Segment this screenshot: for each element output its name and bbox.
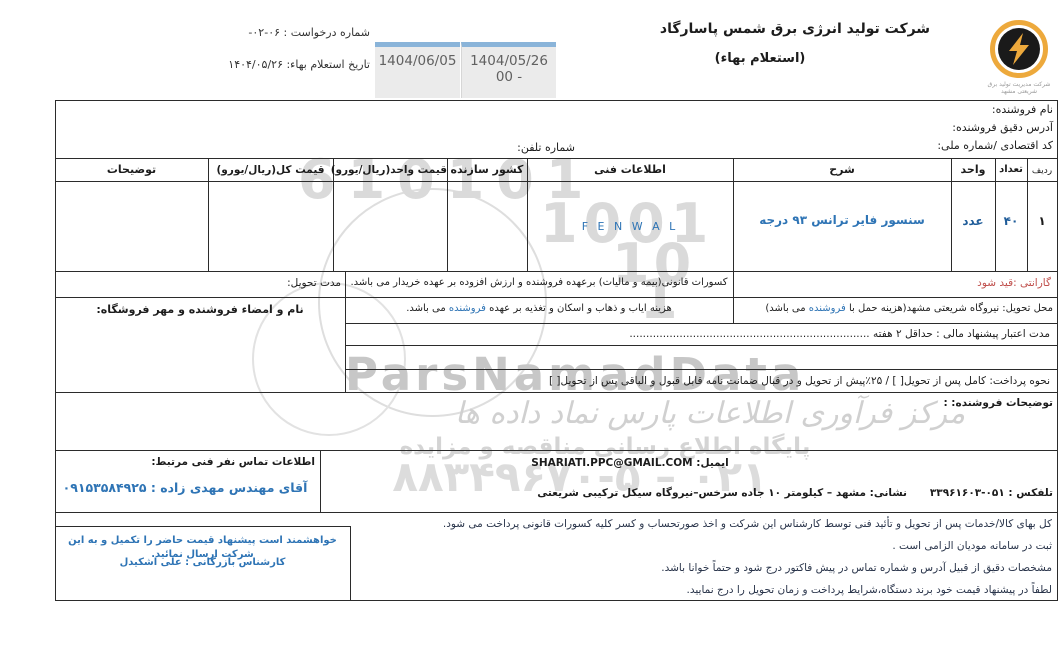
note-line-3: مشخصات دقیق از قبیل آدرس و شماره تماس در… bbox=[360, 561, 1052, 575]
col-header-keshvar: کشور سازنده bbox=[447, 163, 527, 178]
item-tedad: ۴۰ bbox=[995, 213, 1027, 229]
telefax-line: تلفکس : ۰۵۱-۳۳۹۶۱۶۰۳ bbox=[895, 486, 1053, 500]
delivery-place-text: محل تحویل: نیروگاه شریعتی مشهد(هزینه حمل… bbox=[846, 303, 1053, 314]
table-border bbox=[55, 512, 1058, 513]
item-radif: ۱ bbox=[1027, 213, 1057, 229]
guarantee-note: گارانتی :قید شود bbox=[733, 276, 1051, 290]
table-border bbox=[345, 369, 1058, 370]
delivery-place-highlight: فروشنده bbox=[809, 303, 846, 314]
table-border bbox=[55, 100, 1058, 101]
request-box-border bbox=[350, 526, 351, 600]
col-header-tedad: تعداد bbox=[995, 163, 1027, 177]
col-header-radif: ردیف bbox=[1027, 165, 1057, 177]
company-title: شرکت تولید انرژی برق شمس پاسارگاد bbox=[620, 20, 970, 39]
travel-expense-note: هزینه ایاب و ذهاب و اسکان و تغذیه بر عهد… bbox=[345, 302, 733, 316]
seller-signature-label: نام و امضاء فروشنده و مهر فروشگاه: bbox=[55, 303, 345, 318]
table-border bbox=[345, 323, 1058, 324]
note-line-4: لطفاً در پیشنهاد قیمت خود برند دستگاه،شر… bbox=[360, 583, 1052, 597]
item-technical-info: F E N W A L bbox=[527, 220, 733, 235]
table-border bbox=[320, 450, 321, 512]
date-chip-2-time: 00 - bbox=[462, 69, 556, 85]
inquiry-date: تاریخ استعلام بهاء: ۱۴۰۴/۰۵/۲۶ bbox=[100, 58, 370, 73]
logo-caption-line2: شریعتی مشهد bbox=[983, 88, 1055, 95]
lightning-bolt-icon bbox=[995, 25, 1043, 73]
logo-ring bbox=[990, 20, 1048, 78]
item-vahed: عدد bbox=[951, 213, 995, 229]
tech-contact-person: آقای مهندس مهدی زاده : ۰۹۱۵۳۵۸۴۹۲۵ bbox=[60, 480, 310, 497]
request-box-border bbox=[55, 526, 350, 527]
address-line: نشانی: مشهد – کیلومتر ۱۰ جاده سرخس–نیروگ… bbox=[545, 486, 907, 500]
table-border bbox=[55, 271, 1058, 272]
col-header-fanni: اطلاعات فنی bbox=[527, 163, 733, 178]
seller-economic-code-label: کد اقتصادی /شماره ملی: bbox=[753, 139, 1053, 154]
payment-terms-note: نحوه پرداخت: کامل پس از تحویل[ ] / ۲۵٪پی… bbox=[345, 374, 1050, 388]
logo-caption-line1: شرکت مدیریت تولید برق bbox=[983, 81, 1055, 88]
note-line-2: ثبت در سامانه مودیان الزامی است . bbox=[360, 539, 1052, 553]
col-header-gheymat-vahed: قیمت واحد(ریال/یورو) bbox=[333, 163, 447, 177]
travel-expense-highlight: فروشنده bbox=[449, 303, 486, 314]
col-header-tozihat: توضیحات bbox=[55, 163, 208, 178]
email-line: ایمیل: SHARIATI.PPC@GMAIL.COM bbox=[530, 456, 730, 470]
table-border bbox=[55, 392, 1058, 393]
seller-comments-label: توضیحات فروشنده: : bbox=[730, 396, 1053, 410]
table-border bbox=[55, 158, 1058, 159]
table-border bbox=[55, 181, 1058, 182]
request-number: شماره درخواست : ۰۶-۰۲- bbox=[100, 26, 370, 41]
table-border bbox=[345, 345, 1058, 346]
table-border bbox=[1057, 100, 1058, 600]
date-chip-2: 1404/05/26 00 - bbox=[461, 42, 556, 98]
form-title: (استعلام بهاء) bbox=[620, 50, 900, 68]
date-chip-1: 1404/06/05 bbox=[375, 42, 460, 98]
company-logo: شرکت مدیریت تولید برق شریعتی مشهد bbox=[983, 20, 1055, 95]
col-header-sharh: شرح bbox=[733, 163, 951, 178]
col-header-gheymat-kol: قیمت کل(ریال/یورو) bbox=[208, 163, 333, 177]
seller-name-label: نام فروشنده: bbox=[753, 103, 1053, 118]
seller-address-label: آدرس دقیق فروشنده: bbox=[753, 121, 1053, 136]
note-line-1: کل بهای کالا/خدمات پس از تحویل و تأئید ف… bbox=[360, 517, 1052, 531]
offer-validity-note: مدت اعتبار پیشنهاد مالی : حداقل ۲ هفته .… bbox=[345, 327, 1050, 341]
delivery-duration-label: مدت تحویل: bbox=[55, 276, 341, 290]
travel-expense-text: هزینه ایاب و ذهاب و اسکان و تغذیه بر عهد… bbox=[486, 303, 672, 314]
travel-expense-text: می باشد. bbox=[406, 303, 449, 314]
seller-phone-label: شماره تلفن: bbox=[495, 141, 575, 156]
legal-deductions-note: کسورات قانونی(بیمه و مالیات) برعهده فروش… bbox=[345, 276, 733, 290]
delivery-place-text: می باشد) bbox=[765, 303, 808, 314]
tech-contact-label: اطلاعات تماس نفر فنی مرتبط: bbox=[165, 455, 315, 469]
table-border bbox=[55, 297, 1058, 298]
table-border bbox=[55, 600, 1058, 601]
date-chip-1-value: 1404/06/05 bbox=[375, 47, 460, 69]
item-description: سنسور فایر ترانس ۹۳ درجه bbox=[733, 212, 951, 228]
inquiry-form-page: 610101 1001 10 1 ParsNamadData مرکز فرآو… bbox=[0, 0, 1062, 670]
table-border bbox=[55, 450, 1058, 451]
delivery-place-note: محل تحویل: نیروگاه شریعتی مشهد(هزینه حمل… bbox=[733, 302, 1053, 316]
date-chip-2-value: 1404/05/26 bbox=[462, 47, 556, 69]
col-header-vahed: واحد bbox=[951, 163, 995, 178]
request-box-line-2: کارشناس بازرگانی : علی اشکیدل bbox=[60, 556, 345, 570]
